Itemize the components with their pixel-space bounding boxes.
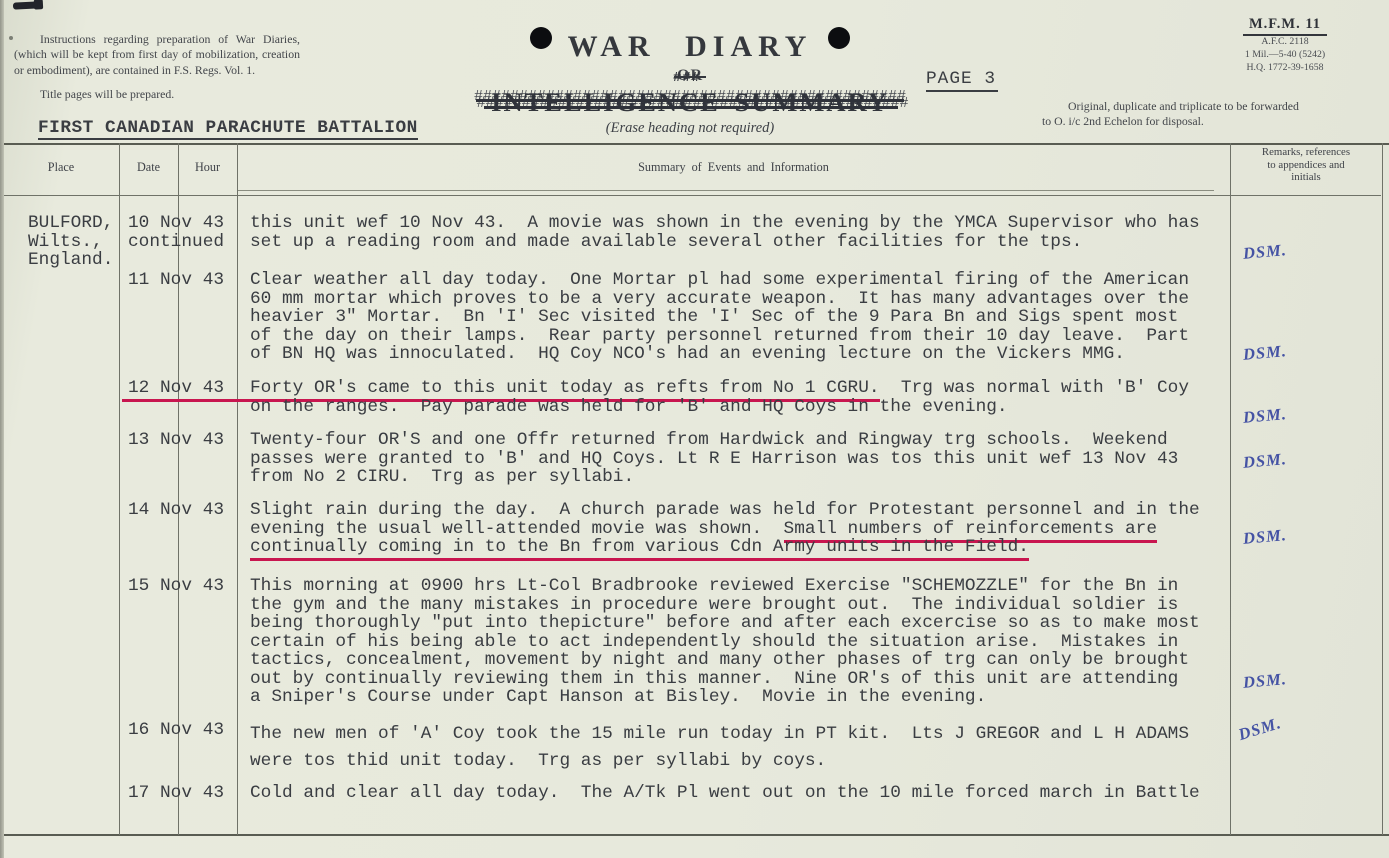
text-segment: tactics, concealment, movement by night … [250, 650, 1189, 670]
text-segment: This morning at 0900 hrs Lt-Col Bradbroo… [250, 576, 1178, 596]
preparation-instructions: Instructions regarding preparation of Wa… [14, 32, 300, 102]
summary-line: Twenty-four OR'S and one Offr returned f… [250, 431, 1250, 450]
date-text: 16 Nov 43 [128, 721, 264, 740]
entry-summary: Twenty-four OR'S and one Offr returned f… [250, 431, 1250, 487]
date-value: 15 Nov 43 [128, 576, 224, 596]
date-value: 10 Nov 43 [128, 213, 224, 233]
date-value: 14 Nov 43 [128, 500, 224, 520]
entry-remark-initials: DSM. [1242, 240, 1287, 264]
entry-summary: The new men of 'A' Coy took the 15 mile … [250, 721, 1250, 775]
text-segment: of the day on their lamps. Rear party pe… [250, 326, 1189, 346]
summary-line: tactics, concealment, movement by night … [250, 651, 1250, 670]
column-header-summary: Summary of Events and Information [237, 160, 1230, 175]
text-segment: of BN HQ was innoculated. HQ Coy NCO's h… [250, 344, 1125, 364]
summary-line: The new men of 'A' Coy took the 15 mile … [250, 721, 1250, 748]
text-segment: from No 2 CIRU. Trg as per syllabi. [250, 467, 634, 487]
pen-mark [13, 1, 39, 9]
column-header-date: Date [119, 160, 178, 175]
entry-summary: Slight rain during the day. A church par… [250, 501, 1250, 557]
table-top-border [0, 143, 1389, 145]
form-ref: H.Q. 1772-39-1658 [1205, 62, 1365, 75]
text-segment: out by continually reviewing them in thi… [250, 669, 1178, 689]
date-text: 17 Nov 43 [128, 784, 264, 803]
form-ref: A.F.C. 2118 [1205, 36, 1365, 49]
entry-date: 13 Nov 43 [128, 431, 264, 450]
summary-line: Cold and clear all day today. The A/Tk P… [250, 784, 1250, 803]
page-number: PAGE 3 [926, 70, 998, 92]
place-cell: BULFORD, Wilts., England. [28, 214, 113, 270]
summary-line: a Sniper's Course under Capt Hanson at B… [250, 688, 1250, 707]
date-text: 11 Nov 43 [128, 271, 264, 290]
text-segment: passes were granted to 'B' and HQ Coys. … [250, 449, 1178, 469]
text-segment: Trg was normal with 'B' Coy [880, 378, 1189, 398]
forwarding-note: Original, duplicate and triplicate to be… [1042, 99, 1384, 128]
summary-line: from No 2 CIRU. Trg as per syllabi. [250, 468, 1250, 487]
column-header-remarks: Remarks, references to appendices and in… [1230, 146, 1382, 184]
strike-line [476, 99, 904, 102]
summary-line: heavier 3" Mortar. Bn 'I' Sec visited th… [250, 308, 1250, 327]
entry-remark-initials: DSM. [1242, 525, 1287, 549]
text-segment: on the ranges. Pay parade was held for '… [250, 397, 1008, 417]
entry-summary: This morning at 0900 hrs Lt-Col Bradbroo… [250, 577, 1250, 707]
summary-line: of the day on their lamps. Rear party pe… [250, 327, 1250, 346]
summary-line: of BN HQ was innoculated. HQ Coy NCO's h… [250, 345, 1250, 364]
text-segment: The new men of 'A' Coy took the 15 mile … [250, 724, 1189, 744]
entry-date: 15 Nov 43 [128, 577, 264, 596]
column-divider [119, 143, 120, 835]
entry-summary: this unit wef 10 Nov 43. A movie was sho… [250, 214, 1250, 251]
strike-hashes: ########################################… [473, 95, 912, 112]
date-value: 13 Nov 43 [128, 430, 224, 450]
summary-line: certain of his being able to act indepen… [250, 633, 1250, 652]
date-text: 15 Nov 43 [128, 577, 264, 596]
text-segment: Twenty-four OR'S and one Offr returned f… [250, 430, 1168, 450]
form-ref: 1 Mil.—5-40 (5242) [1205, 49, 1365, 62]
text-segment: evening the usual well-attended movie wa… [250, 519, 784, 539]
summary-line: set up a reading room and made available… [250, 233, 1250, 252]
war-diary-title: WAR DIARY [468, 30, 912, 64]
or-label-struck: OR ### [677, 67, 703, 86]
text-segment: Clear weather all day today. One Mortar … [250, 270, 1189, 290]
summary-line: Clear weather all day today. One Mortar … [250, 271, 1250, 290]
entry-remark-initials: DSM. [1242, 449, 1287, 473]
text-segment: Cold and clear all day today. The A/Tk P… [250, 783, 1200, 803]
header-bottom-border [3, 195, 1381, 196]
table-right-border [1382, 143, 1383, 835]
entry-remark-initials: DSM. [1236, 713, 1284, 745]
war-diary-page: Instructions regarding preparation of Wa… [0, 0, 1389, 858]
entry-date: 16 Nov 43 [128, 721, 264, 740]
entry-remark-initials: DSM. [1242, 404, 1287, 428]
entry-date: 14 Nov 43 [128, 501, 264, 520]
text-segment: the gym and the many mistakes in procedu… [250, 595, 1178, 615]
date-text: 12 Nov 43 [128, 379, 264, 402]
date-value: 11 Nov 43 [128, 270, 224, 290]
date-text: 14 Nov 43 [128, 501, 264, 520]
summary-line: This morning at 0900 hrs Lt-Col Bradbroo… [250, 577, 1250, 596]
summary-line: Forty OR's came to this unit today as re… [250, 379, 1250, 398]
strike-line [484, 106, 898, 109]
text-segment: a Sniper's Course under Capt Hanson at B… [250, 687, 986, 707]
unit-title: FIRST CANADIAN PARACHUTE BATTALION [38, 119, 418, 140]
date-text: 10 Nov 43 [128, 214, 264, 233]
entry-summary: Cold and clear all day today. The A/Tk P… [250, 784, 1250, 803]
form-number-block: M.F.M. 11 A.F.C. 2118 1 Mil.—5-40 (5242)… [1205, 15, 1365, 74]
summary-line: evening the usual well-attended movie wa… [250, 520, 1250, 539]
entry-date: 17 Nov 43 [128, 784, 264, 803]
summary-line: were tos thid unit today. Trg as per syl… [250, 748, 1250, 775]
text-segment: heavier 3" Mortar. Bn 'I' Sec visited th… [250, 307, 1178, 327]
summary-line: Slight rain during the day. A church par… [250, 501, 1250, 520]
text-segment: were tos thid unit today. Trg as per syl… [250, 751, 826, 771]
summary-line: being thoroughly "put into thepicture" b… [250, 614, 1250, 633]
date-text: 13 Nov 43 [128, 431, 264, 450]
entry-summary: Clear weather all day today. One Mortar … [250, 271, 1250, 364]
highlighted-text: continually coming in to the Bn from var… [250, 537, 1029, 561]
summary-line: the gym and the many mistakes in procedu… [250, 596, 1250, 615]
table-bottom-border [0, 834, 1389, 836]
column-header-place: Place [3, 160, 119, 175]
title-pages-note: Title pages will be prepared. [14, 87, 300, 102]
text-segment: this unit wef 10 Nov 43. A movie was sho… [250, 213, 1200, 233]
entry-date: 11 Nov 43 [128, 271, 264, 290]
instructions-text: Instructions regarding preparation of Wa… [14, 32, 300, 78]
or-strike-hashes: ### [673, 70, 701, 86]
summary-line: passes were granted to 'B' and HQ Coys. … [250, 450, 1250, 469]
text-segment: Slight rain during the day. A church par… [250, 500, 1200, 520]
erase-heading-note: (Erase heading not required) [468, 120, 912, 137]
summary-line: out by continually reviewing them in thi… [250, 670, 1250, 689]
date-value: 16 Nov 43 [128, 720, 224, 740]
summary-line: this unit wef 10 Nov 43. A movie was sho… [250, 214, 1250, 233]
ink-speck [9, 36, 13, 40]
text-segment: 60 mm mortar which proves to be a very a… [250, 289, 1189, 309]
date-continued: continued [128, 233, 264, 252]
summary-line: on the ranges. Pay parade was held for '… [250, 398, 1250, 417]
column-header-hour: Hour [178, 160, 237, 175]
text-segment: being thoroughly "put into thepicture" b… [250, 613, 1200, 633]
text-segment: certain of his being able to act indepen… [250, 632, 1178, 652]
intelligence-summary-struck: INTELLIGENCE SUMMARY ###################… [468, 87, 912, 117]
highlighted-date: 12 Nov 43 [122, 379, 262, 402]
summary-line: 60 mm mortar which proves to be a very a… [250, 290, 1250, 309]
form-number: M.F.M. 11 [1243, 16, 1327, 36]
header-rule-faint [237, 190, 1214, 191]
entry-remark-initials: DSM. [1242, 341, 1287, 365]
entry-summary: Forty OR's came to this unit today as re… [250, 379, 1250, 416]
entry-remark-initials: DSM. [1242, 669, 1287, 693]
date-value: 17 Nov 43 [128, 783, 224, 803]
entry-date: 12 Nov 43 [128, 379, 264, 402]
entry-date: 10 Nov 43continued [128, 214, 264, 251]
form-title-block: WAR DIARY OR ### INTELLIGENCE SUMMARY ##… [468, 30, 912, 137]
text-segment: set up a reading room and made available… [250, 232, 1082, 252]
